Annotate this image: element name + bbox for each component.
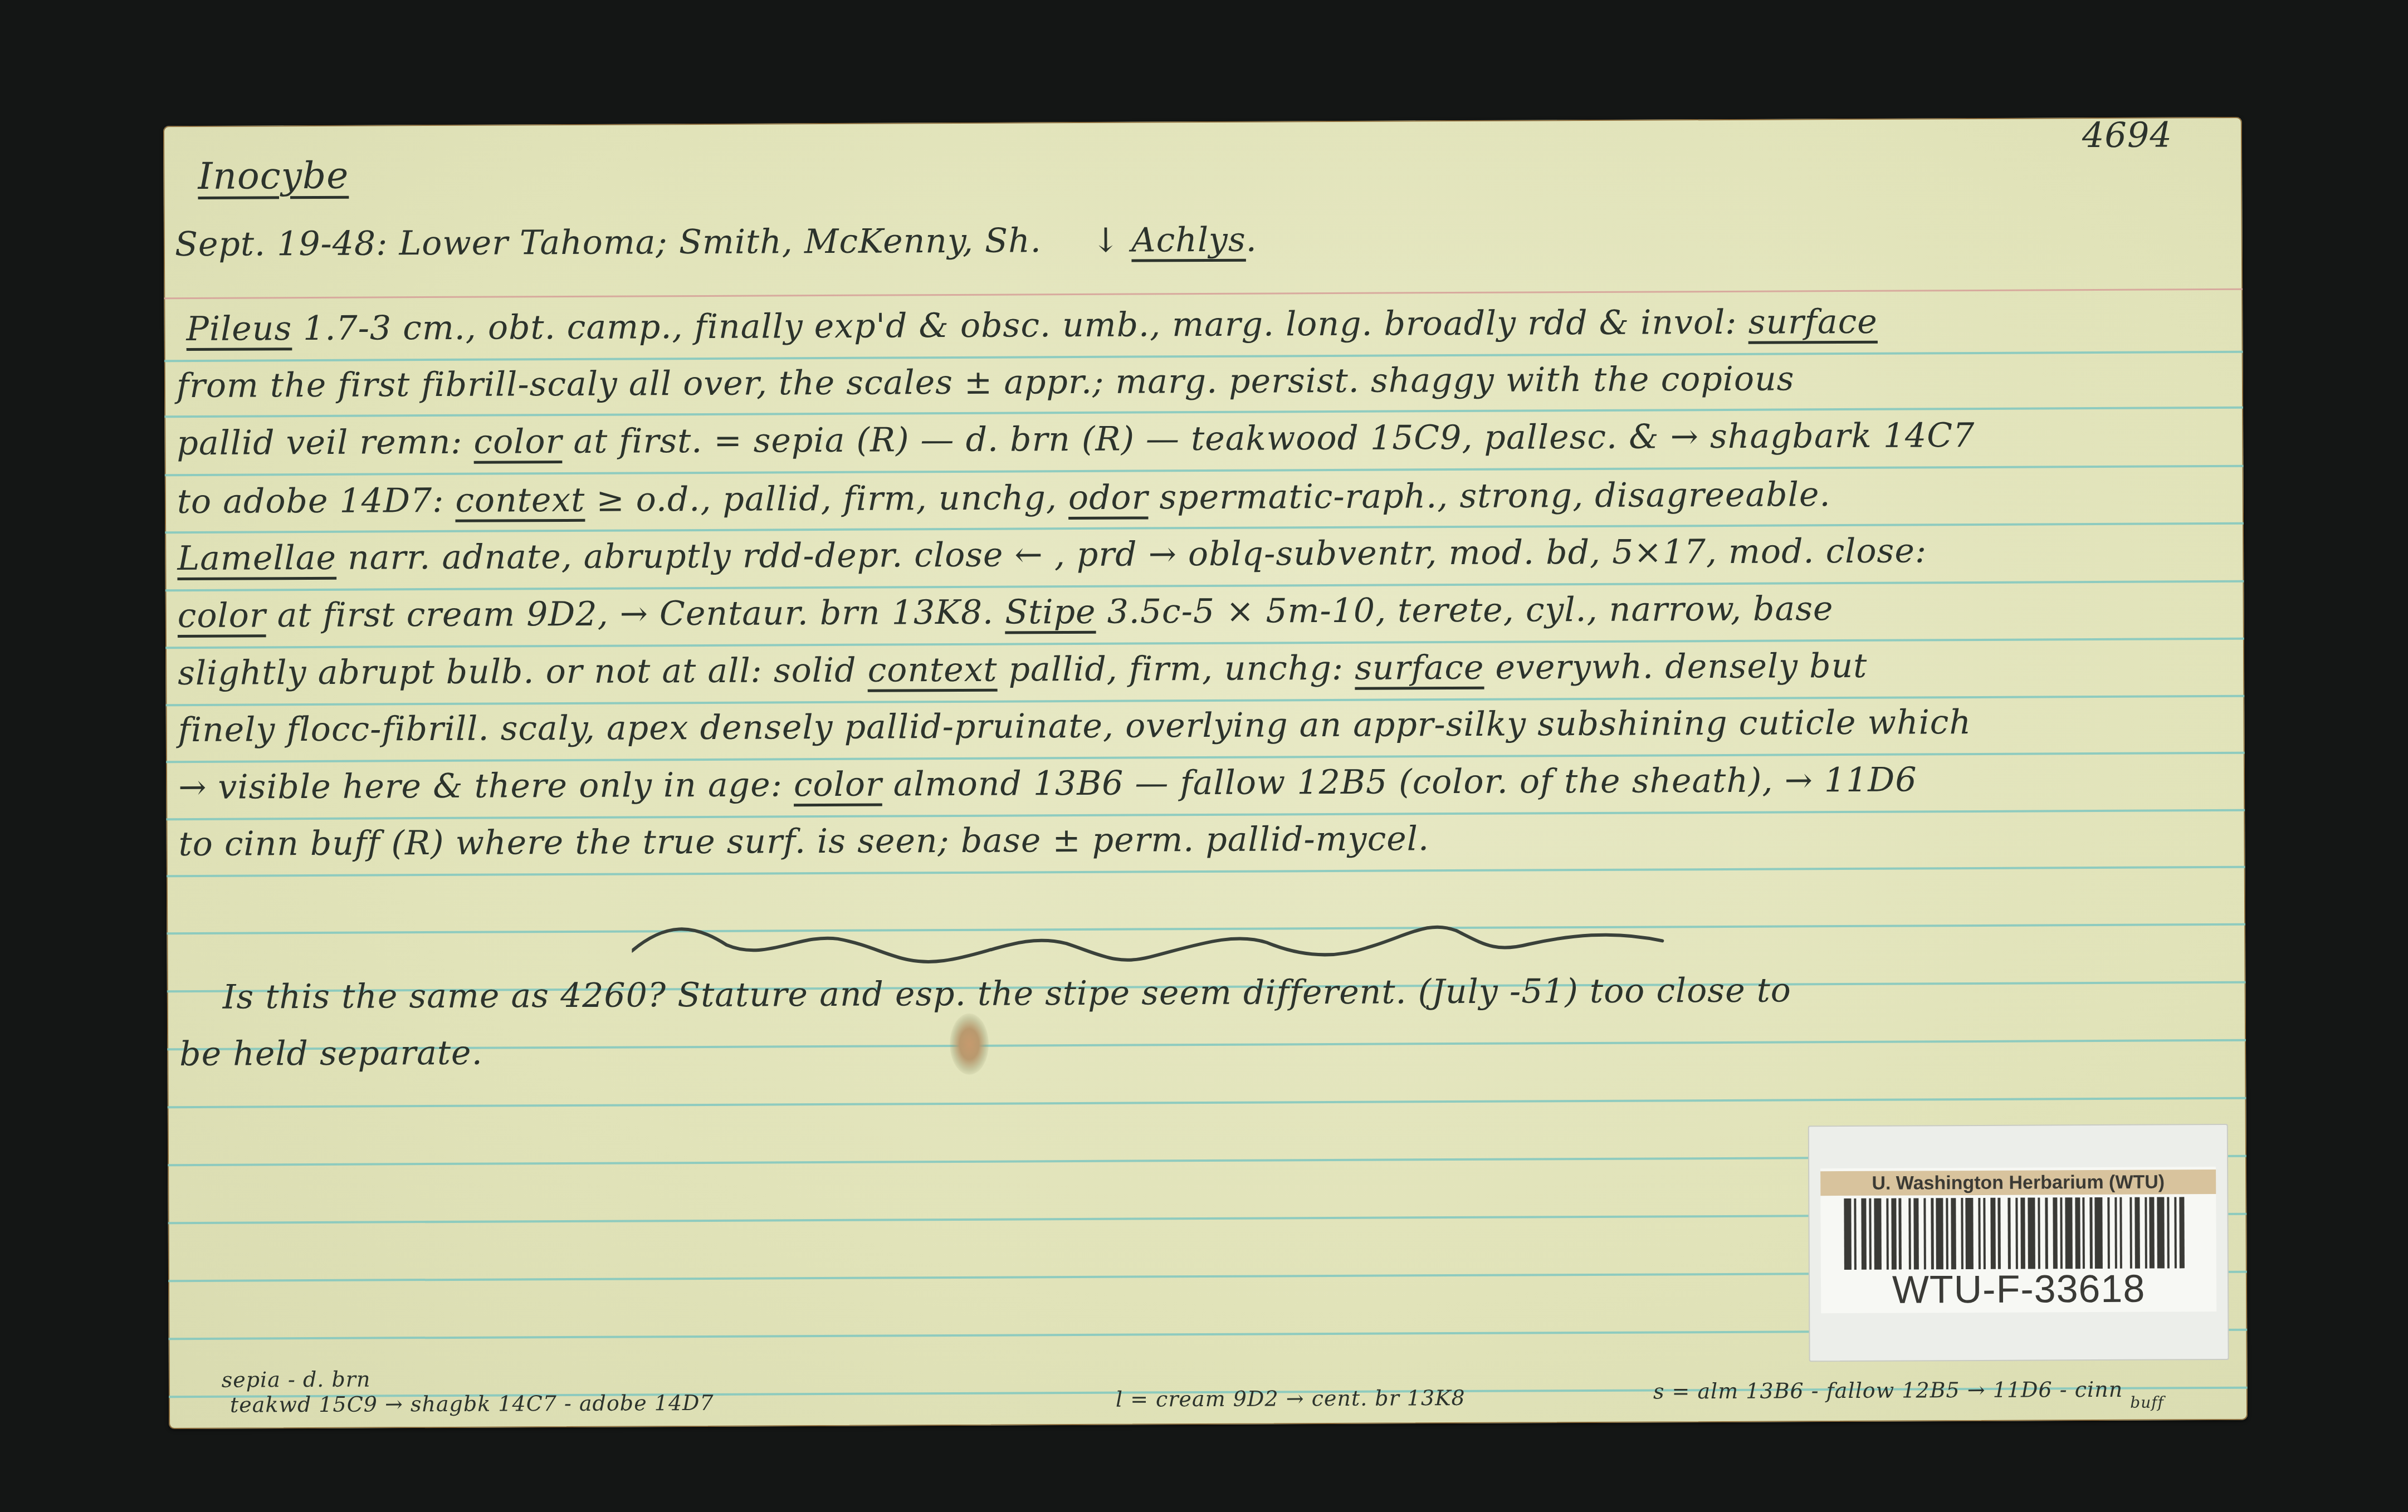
section-pileus: Pileus — [186, 309, 292, 349]
section-stipe: Stipe — [1005, 593, 1096, 632]
description-line-8: finely flocc-fibrill. scaly, apex densel… — [178, 703, 1971, 750]
barcode-bar — [2028, 1198, 2035, 1269]
barcode-bar — [2095, 1197, 2103, 1269]
footer-note-left-bottom: teakwd 15C9 → shagbk 14C7 - adobe 14D7 — [230, 1391, 714, 1417]
description-line-5: Lamellae narr. adnate, abruptly rdd-depr… — [177, 531, 1927, 578]
header-rule — [164, 288, 2243, 299]
specimen-barcode-label: U. Washington Herbarium (WTU) WTU-F-3361… — [1808, 1124, 2229, 1362]
barcode — [1844, 1197, 2192, 1270]
barcode-bar — [1966, 1198, 1974, 1269]
description-line-7: slightly abrupt bulb. or not at all: sol… — [178, 647, 1867, 693]
institution-name: U. Washington Herbarium (WTU) — [1820, 1170, 2216, 1196]
description-line-9: → visible here & there only in age: colo… — [178, 760, 1917, 807]
barcode-bar — [2184, 1197, 2192, 1268]
section-lamellae: Lamellae — [177, 539, 336, 578]
barcode-bar — [1874, 1198, 1882, 1270]
barcode-bar — [1936, 1198, 1943, 1269]
ruled-line — [165, 522, 2244, 534]
barcode-bar — [2157, 1197, 2165, 1268]
description-line-10: to cinn buff (R) where the true surf. is… — [178, 819, 1429, 864]
barcode-bar — [2065, 1197, 2073, 1269]
arrow-icon: ↓ — [1092, 221, 1121, 260]
barcode-bar — [1901, 1198, 1909, 1269]
catalog-number: WTU-F-33618 — [1821, 1266, 2216, 1312]
ruled-line — [168, 1097, 2246, 1108]
description-line-2: from the first fibrill-scaly all over, t… — [177, 359, 1795, 405]
barcode-bar — [2000, 1198, 2008, 1269]
ruled-line — [165, 580, 2244, 591]
footer-note-right: s = alm 13B6 - fallow 12B5 → 11D6 - cinn… — [1653, 1377, 2164, 1404]
herbarium-index-card: Inocybe 4694 Sept. 19-48: Lower Tahoma; … — [163, 117, 2248, 1429]
comment-line-1: Is this the same as 4260? Stature and es… — [223, 971, 1791, 1016]
separator-squiggle — [632, 913, 1690, 967]
ruled-line — [167, 866, 2245, 877]
accession-number: 4694 — [2082, 117, 2172, 155]
comment-line-2: be held separate. — [179, 1034, 483, 1074]
barcode-bar — [1844, 1198, 1852, 1270]
barcode-bar — [2122, 1197, 2130, 1269]
description-line-4: to adobe 14D7: context ≥ o.d., pallid, f… — [177, 475, 1831, 521]
genus-title: Inocybe — [198, 154, 349, 198]
footer-note-middle: l = cream 9D2 → cent. br 13K8 — [1116, 1386, 1466, 1412]
ruled-line — [166, 752, 2245, 763]
ruled-line — [166, 809, 2245, 820]
ruled-line — [165, 465, 2244, 476]
ruled-line — [164, 351, 2243, 362]
collection-details: Sept. 19-48: Lower Tahoma; Smith, McKenn… — [175, 221, 1042, 264]
footer-note-left-top: sepia - d. brn — [222, 1367, 371, 1392]
collection-line: Sept. 19-48: Lower Tahoma; Smith, McKenn… — [175, 221, 1257, 264]
host-note: Achlys — [1131, 221, 1246, 260]
description-line-3: pallid veil remn: color at first. = sepi… — [177, 416, 1975, 463]
description-line-1: Pileus 1.7-3 cm., obt. camp., finally ex… — [186, 302, 1878, 349]
description-line-6: color at first cream 9D2, → Centaur. brn… — [178, 589, 1834, 635]
label-inner: U. Washington Herbarium (WTU) WTU-F-3361… — [1820, 1167, 2216, 1313]
ruled-line — [165, 638, 2244, 649]
stain-mark — [950, 1014, 989, 1075]
